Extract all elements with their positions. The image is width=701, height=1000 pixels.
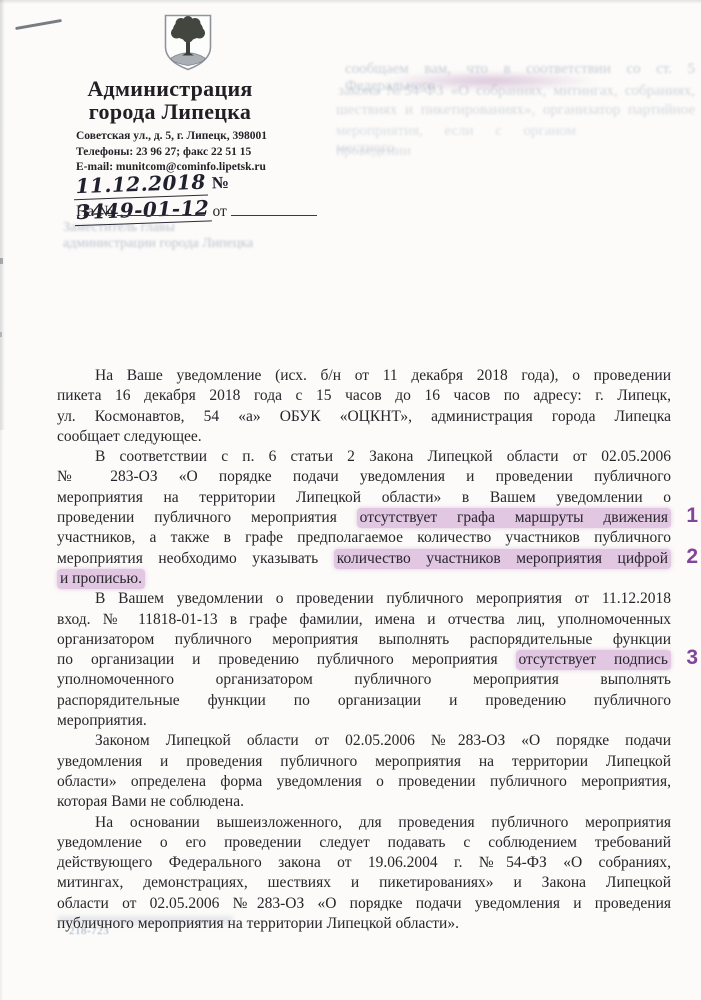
body-line: по организации и проведению публичного м… (57, 650, 671, 670)
body-line: На Ваше уведомление (исх. б/н от 11 дека… (57, 366, 671, 386)
bleedthrough-text-line: проведении (336, 143, 446, 160)
text-segment: ул. Космонавтов, 54 «а» ОБУК «ОЦКНТ», ад… (57, 408, 671, 425)
org-address: Советская ул., д. 5, г. Липецк, 398001 (76, 129, 267, 145)
scan-edge-shadow-top (0, 0, 701, 4)
body-line: митингах, демонстрациях, шествиях и пике… (57, 873, 671, 893)
text-segment: организатором публичного мероприятия вып… (57, 631, 671, 648)
bleedthrough-text-line: шествиях и пикетированиях», организатор … (336, 102, 695, 119)
pen-mark (15, 19, 62, 30)
highlighted-text: и прописью. (57, 569, 145, 589)
bleedthrough-signature-line: администрации города Липецка (63, 236, 253, 252)
scan-edge-shadow-left-lower (0, 430, 3, 1000)
body-line: которая Вами не соблюдена. (57, 792, 671, 812)
margin-annotation-3: 3 (686, 648, 698, 668)
text-segment: уведомление о его проведении следует под… (57, 834, 671, 851)
body-line: уведомление о его проведении следует под… (57, 833, 671, 853)
text-segment: области от 02.05.2006 №283-ОЗ «О порядке… (57, 895, 671, 912)
letter-body: На Ваше уведомление (исх. б/н от 11 дека… (57, 366, 671, 934)
margin-annotation-2: 2 (686, 547, 698, 567)
text-segment: В Вашем уведомлении о проведении публичн… (95, 590, 671, 607)
bleedthrough-highlight-smudge (388, 72, 593, 90)
highlighted-text: отсутствует подпись (516, 650, 671, 670)
org-name-line2: города Липецка (55, 100, 285, 123)
body-line: На основании вышеизложенного, для провед… (57, 813, 671, 833)
text-segment: участников, а также в графе предполагаем… (57, 529, 671, 546)
highlighted-text: количество участников мероприятия цифрой (334, 549, 671, 569)
body-line: мероприятия необходимо указывать количес… (57, 549, 671, 569)
incoming-reference-line: На № от (76, 201, 317, 221)
text-segment: действующего Федерального закона от 19.0… (57, 854, 671, 871)
scan-edge-shadow-left (0, 0, 5, 430)
lipetsk-coat-of-arms-icon (159, 13, 217, 72)
number-sign: № (211, 173, 229, 193)
text-segment: № 283-ОЗ «О порядке подачи уведомления и… (57, 468, 671, 485)
body-line: участников, а также в графе предполагаем… (57, 528, 671, 548)
blank-underline (231, 201, 317, 216)
scan-speck (0, 332, 2, 337)
text-segment: уполномоченного организатором публичного… (57, 671, 671, 688)
org-name: Администрация города Липецка (55, 77, 285, 123)
body-line: вход. № 11818-01-13 в графе фамилии, име… (57, 610, 671, 630)
text-segment: мероприятия необходимо указывать (57, 550, 334, 567)
body-line: действующего Федерального закона от 19.0… (57, 853, 671, 873)
org-name-line1: Администрация (55, 77, 285, 100)
body-line: сообщает следующее. (57, 427, 671, 447)
highlighted-text: отсутствует графа маршруты движения (357, 508, 671, 528)
ref-ot-label: от (213, 203, 227, 220)
executor-phone-code: 218-723 (69, 925, 109, 937)
body-line: № 283-ОЗ «О порядке подачи уведомления и… (57, 467, 671, 487)
text-segment: по организации и проведению публичного м… (57, 651, 516, 668)
text-segment: публичного мероприятия на территории Лип… (57, 915, 459, 932)
text-segment: проведении публичного мероприятия (57, 509, 357, 526)
body-line: В Вашем уведомлении о проведении публичн… (57, 589, 671, 609)
body-line: пикета 16 декабря 2018 года с 15 часов д… (57, 386, 671, 406)
body-line: Законом Липецкой области от 02.05.2006 №… (57, 731, 671, 751)
body-line: ул. Космонавтов, 54 «а» ОБУК «ОЦКНТ», ад… (57, 407, 671, 427)
body-line: уведомления и проведения публичного меро… (57, 752, 671, 772)
body-line: В соответствии с п. 6 статьи 2 Закона Ли… (57, 447, 671, 467)
body-line: публичного мероприятия на территории Лип… (57, 914, 671, 934)
org-phones: Телефоны: 23 96 27; факс 22 51 15 (76, 145, 267, 161)
body-line: области» определена форма уведомления о … (57, 772, 671, 792)
ref-na-label: На № (76, 203, 113, 220)
body-line: проведении публичного мероприятия отсутс… (57, 508, 671, 528)
text-segment: пикета 16 декабря 2018 года с 15 часов д… (57, 387, 671, 404)
body-line: области от 02.05.2006 №283-ОЗ «О порядке… (57, 894, 671, 914)
scan-speck (0, 258, 3, 264)
text-segment: распорядительные функции по организации … (57, 692, 671, 709)
text-segment: митингах, демонстрациях, шествиях и пике… (57, 874, 671, 891)
body-line: и прописью. (57, 569, 671, 589)
body-line: организатором публичного мероприятия вып… (57, 630, 671, 650)
text-segment: которая Вами не соблюдена. (57, 793, 244, 810)
text-segment: В соответствии с п. 6 статьи 2 Закона Ли… (95, 448, 671, 465)
text-segment: На основании вышеизложенного, для провед… (95, 814, 671, 831)
text-segment: На Ваше уведомление (исх. б/н от 11 дека… (95, 367, 671, 384)
text-segment: сообщает следующее. (57, 428, 202, 445)
text-segment: мероприятия на территории Липецкой облас… (57, 489, 671, 506)
margin-annotation-1: 1 (686, 506, 698, 526)
text-segment: вход. № 11818-01-13 в графе фамилии, име… (57, 611, 671, 628)
text-segment: Законом Липецкой области от 02.05.2006 №… (95, 732, 671, 749)
scanned-letter-page: сообщаем вам, что в соответствии со ст. … (0, 0, 701, 1000)
text-segment: мероприятия. (57, 712, 147, 729)
body-line: распорядительные функции по организации … (57, 691, 671, 711)
text-segment: области» определена форма уведомления о … (57, 773, 671, 790)
blank-underline (117, 201, 205, 216)
body-line: мероприятия на территории Липецкой облас… (57, 488, 671, 508)
body-line: мероприятия. (57, 711, 671, 731)
text-segment: уведомления и проведения публичного меро… (57, 753, 671, 770)
body-line: уполномоченного организатором публичного… (57, 670, 671, 690)
